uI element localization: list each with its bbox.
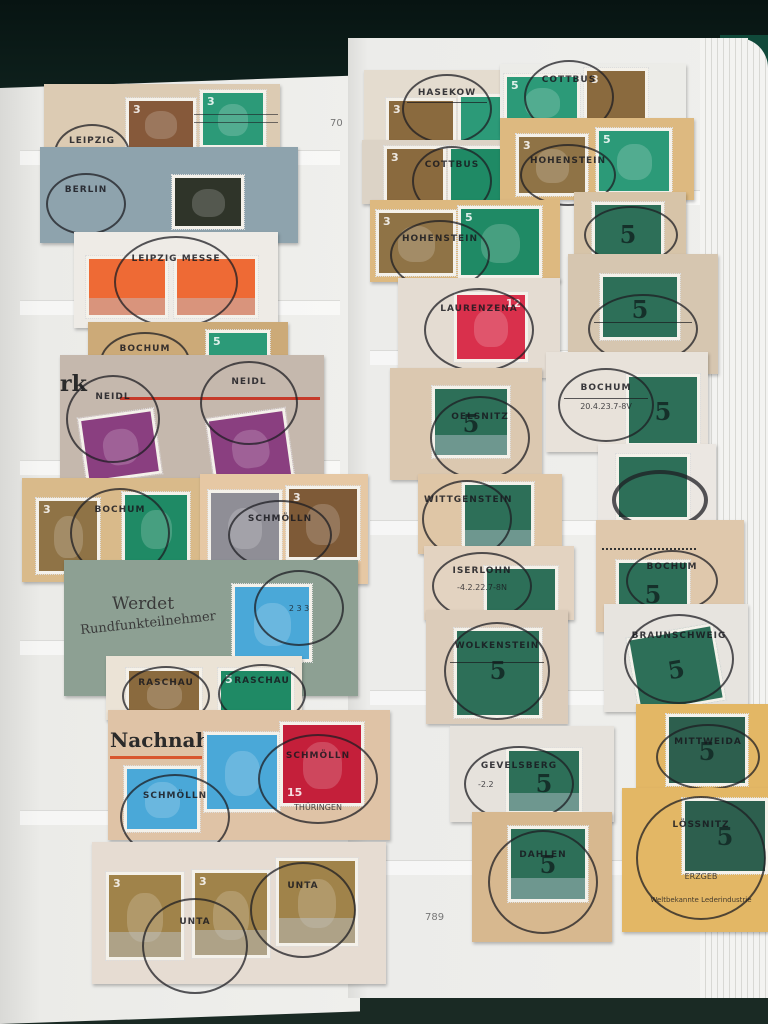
postmark: NEIDL [66,375,160,463]
slogan-text: Werdet [112,594,174,614]
postmark: OELSNITZ [430,396,530,480]
cover-piece: 12 LAURENZENA [398,278,560,378]
cover-piece: 3 3 UNTA UNTA [92,842,386,984]
frame-dotted-line [602,548,696,550]
page-number-note: 789 [425,912,444,923]
cover-piece: 3 5 HOHENSTEIN [500,118,694,200]
machine-cancel-line [194,114,278,115]
cover-piece: ISERLOHN-4.2.22.7-8N [424,546,574,620]
cover-piece: 5 [574,192,686,260]
cover-piece: rk NEIDL NEIDL [60,355,324,483]
cover-piece: 5 BRAUNSCHWEIG [604,604,748,712]
cover-piece: 3 COTTBUS [362,140,512,204]
cover-piece: 5 OELSNITZ [390,368,542,480]
postmark: UNTA [142,898,248,994]
postmark: BOCHUM20.4.23.7-8V [558,368,654,442]
stamp-brown: 3 [126,98,196,150]
postmark: BRAUNSCHWEIG [624,614,734,704]
cover-piece: 5 DAHLEN [472,812,612,942]
cover-piece: BERLIN [40,147,298,243]
postmark: HASEKOW [402,74,492,144]
cover-piece: 3 3 LEIPZIG [44,84,280,154]
postmark: BOCHUM [626,550,718,612]
cover-piece [598,444,716,528]
postmark: SCHMÖLLNTHÜRINGEN [258,734,378,824]
postmark: LAURENZENA [424,288,534,372]
cover-piece: 3 5 HOHENSTEIN [370,200,560,282]
cover-piece: WITTGENSTEIN [418,474,562,554]
cover-piece: Nachnahme 15 SCHMÖLLN SCHMÖLLNTHÜRINGEN [108,710,390,840]
postmark: LÖSSNITZERZGEBWeltbekannte Lederindustri… [636,796,766,920]
postmark: UNTA [250,862,356,958]
postmark: DAHLEN [488,830,598,934]
cover-piece: 3 HASEKOW [364,70,512,144]
postmark: BERLIN [46,173,126,235]
stamp-album-photo: 70 789 3 3 LEIPZIG BERLIN LEIPZIG MESSE … [0,0,768,1024]
postmark: NEIDL [200,361,298,445]
cover-piece: 5 GEVELSBERG-2.2 [450,726,614,822]
cover-piece: LEIPZIG MESSE [74,232,278,328]
cover-piece: 5 WOLKENSTEIN [426,610,568,724]
cover-piece: 5 LÖSSNITZERZGEBWeltbekannte Lederindust… [622,788,768,932]
label-underline [110,756,202,759]
postmark: WOLKENSTEIN [444,622,550,720]
machine-cancel-line [194,122,278,123]
postmark: GEVELSBERG-2.2 [464,746,574,822]
stamp-green: 3 [200,90,266,148]
postmark: LEIPZIG MESSE [114,236,238,328]
stamp-black [172,175,244,229]
postmark: MITTWEIDA [656,724,760,790]
cover-piece: 5 MITTWEIDA [636,704,768,790]
cover-piece: 5 BOCHUM20.4.23.7-8V [546,352,708,452]
postmark: 2 3 3 [254,570,344,646]
page-number-note: 70 [330,118,343,129]
